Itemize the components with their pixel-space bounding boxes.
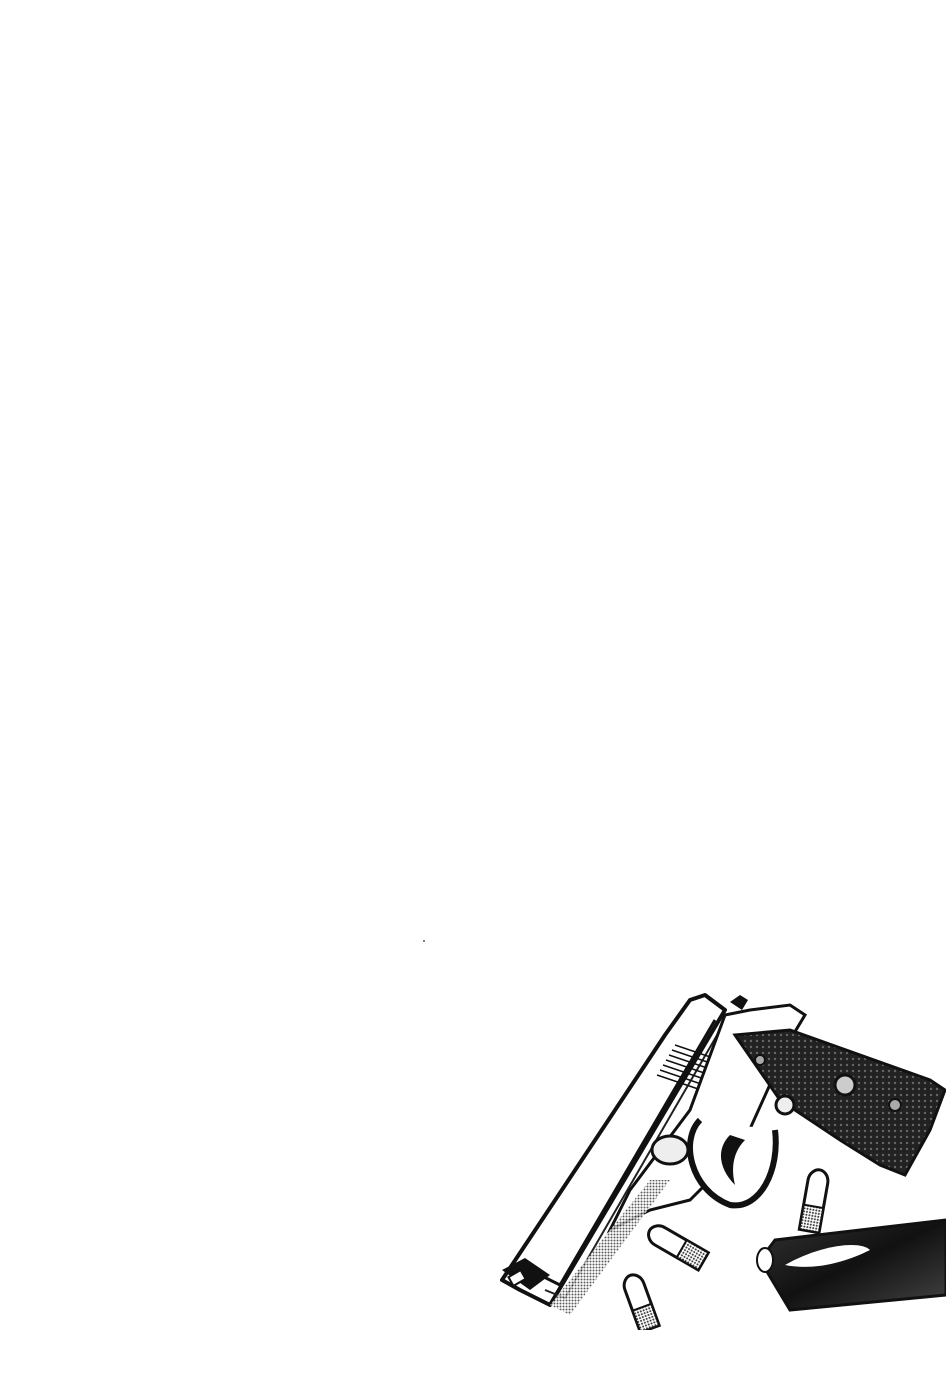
grip-screw <box>755 1055 765 1065</box>
cartridge <box>799 1168 829 1233</box>
manga-page <box>0 0 946 1400</box>
cartridge <box>645 1222 709 1270</box>
ink-speck <box>423 940 425 942</box>
pistol-illustration <box>490 990 946 1330</box>
grip-screw <box>889 1099 901 1111</box>
cartridge <box>621 1272 659 1330</box>
magazine <box>757 1220 946 1310</box>
grip-screw <box>835 1075 855 1095</box>
